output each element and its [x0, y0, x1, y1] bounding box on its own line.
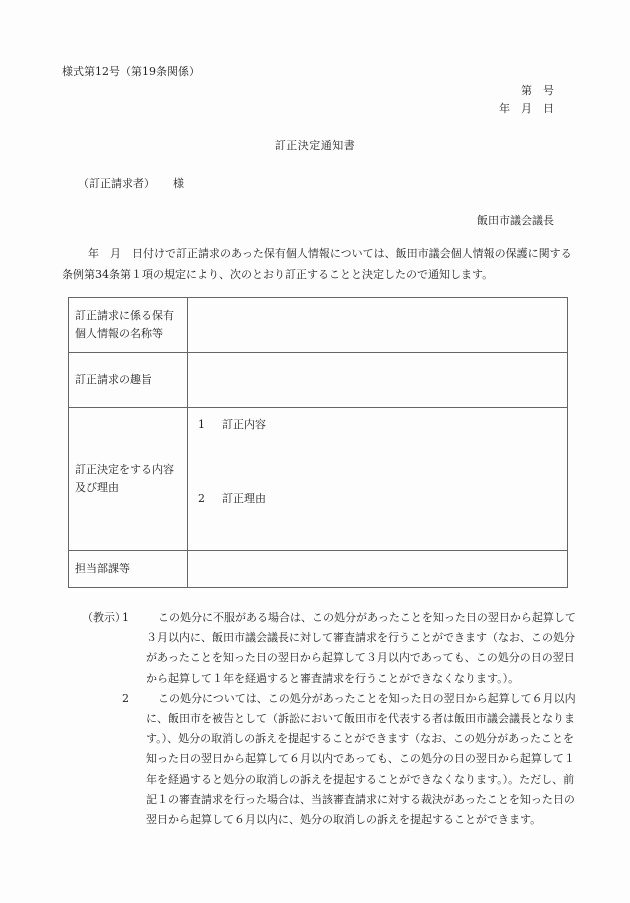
addressee-label: （訂正請求者）: [78, 177, 155, 190]
instruction-item: 1 この処分に不服がある場合は、この処分があったことを知った日の翌日から起算して…: [122, 608, 582, 689]
row-value: [188, 551, 568, 588]
table-row: 訂正請求に係る保有個人情報の名称等: [69, 298, 568, 353]
sub-item-correction-content: 1訂正内容: [198, 416, 266, 434]
row-label: 訂正請求の趣旨: [69, 353, 188, 408]
row-label: 訂正請求に係る保有個人情報の名称等: [69, 298, 188, 353]
instructions-section: （教示） 1 この処分に不服がある場合は、この処分があったことを知った日の翌日か…: [82, 608, 582, 830]
addressee-honorific: 様: [173, 177, 184, 190]
instructions-heading: （教示）: [82, 608, 122, 830]
addressee: （訂正請求者）様: [78, 175, 184, 191]
sub-item-correction-reason: 2訂正理由: [198, 490, 266, 508]
row-value: [188, 353, 568, 408]
row-value: 1訂正内容 2訂正理由: [188, 408, 568, 551]
document-title: 訂正決定通知書: [0, 137, 630, 153]
instruction-item: 2 この処分については、この処分があったことを知った日の翌日から起算して６月以内…: [122, 689, 582, 830]
row-label: 担当部課等: [69, 551, 188, 588]
form-number: 様式第12号（第19条関係）: [62, 63, 200, 79]
sender: 飯田市議会議長: [477, 212, 554, 228]
row-value: [188, 298, 568, 353]
decision-table: 訂正請求に係る保有個人情報の名称等 訂正請求の趣旨 訂正決定をする内容及び理由 …: [68, 297, 568, 588]
document-date: 年 月 日: [499, 100, 554, 116]
intro-paragraph: 年 月 日付けで訂正請求のあった保有個人情報については、飯田市議会個人情報の保護…: [62, 243, 572, 285]
table-row: 訂正決定をする内容及び理由 1訂正内容 2訂正理由: [69, 408, 568, 551]
document-number: 第 号: [521, 82, 554, 98]
row-label: 訂正決定をする内容及び理由: [69, 408, 188, 551]
table-row: 担当部課等: [69, 551, 568, 588]
table-row: 訂正請求の趣旨: [69, 353, 568, 408]
